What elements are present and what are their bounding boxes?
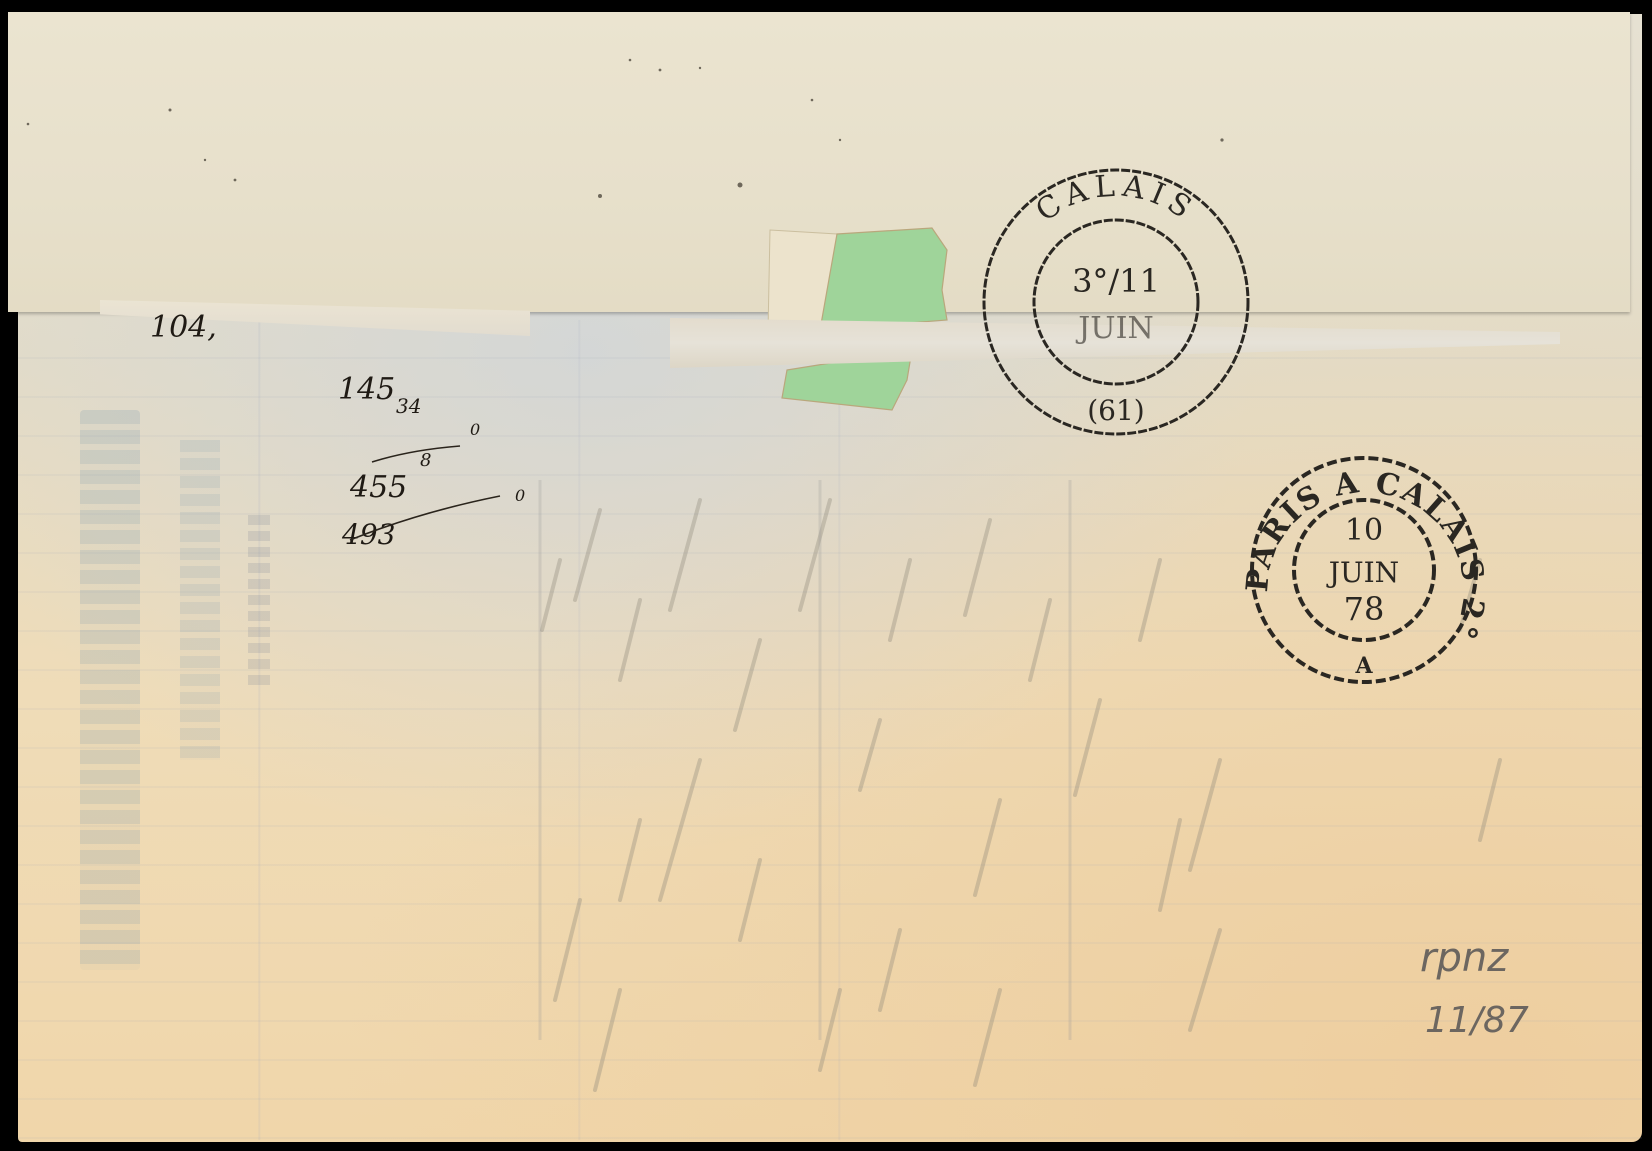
manuscript-calc-1-sup: 34 bbox=[396, 394, 421, 418]
manuscript-calc-2-mark: 0 bbox=[515, 486, 525, 505]
showthrough-date bbox=[248, 515, 270, 685]
manuscript-calc-1-mark: 0 bbox=[470, 420, 480, 439]
manuscript-calc-1: 145 bbox=[338, 372, 395, 407]
manuscript-calc-3: 493 bbox=[342, 518, 395, 551]
showthrough-letterhead bbox=[80, 410, 140, 970]
manuscript-number-top: 104, bbox=[150, 310, 217, 345]
pencil-initials: rpnz bbox=[1420, 935, 1508, 981]
pencil-date: 11/87 bbox=[1425, 1000, 1529, 1041]
showthrough-address bbox=[180, 440, 220, 760]
manuscript-calc-2: 455 bbox=[350, 470, 407, 505]
manuscript-calc-2-sup: 8 bbox=[420, 450, 431, 471]
